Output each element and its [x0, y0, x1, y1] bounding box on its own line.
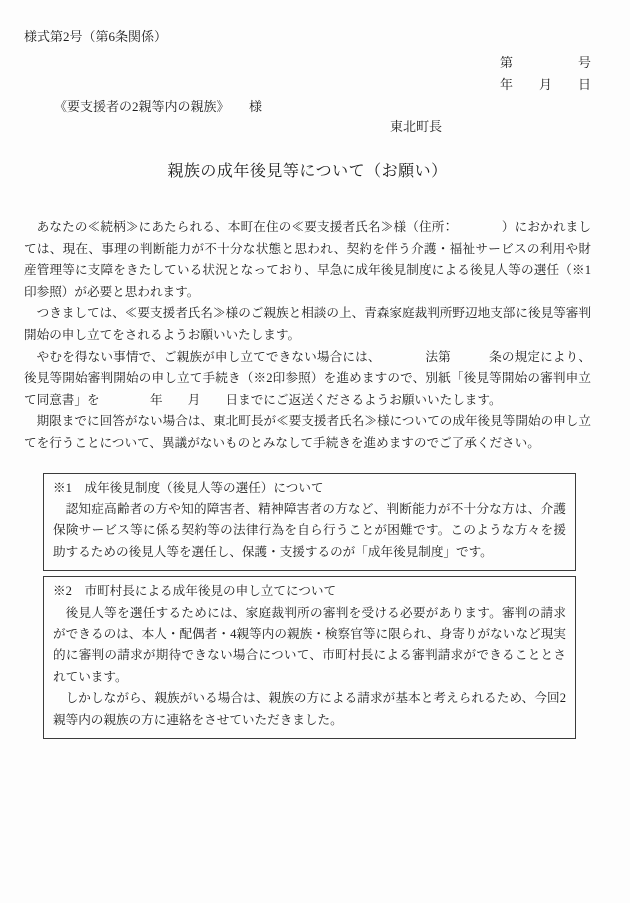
note-2-paragraph: しかしながら、親族がいる場合は、親族の方による請求が基本と考えられるため、今回2…: [53, 688, 566, 731]
sender-name: 東北町長: [390, 118, 591, 135]
note-2-paragraph: 後見人等を選任するためには、家庭裁判所の審判を受ける必要があります。審判の請求が…: [53, 603, 566, 689]
note-box-1: ※1 成年後見制度（後見人等の選任）について 認知症高齢者の方や知的障害者、精神…: [43, 473, 576, 572]
document-page: 様式第2号（第6条関係） 第 号 年 月 日 《要支援者の2親等内の親族》 様 …: [0, 0, 630, 903]
body-paragraph: 期限までに回答がない場合は、東北町長が≪要支援者氏名≫様についての成年後見等開始…: [24, 411, 591, 454]
date-blank-line: 年 月 日: [24, 76, 591, 93]
note-box-2: ※2 市町村長による成年後見の申し立てについて 後見人等を選任するためには、家庭…: [43, 576, 576, 739]
note-1-heading: ※1 成年後見制度（後見人等の選任）について: [53, 478, 566, 499]
body-paragraph: つきましては、≪要支援者氏名≫様のご親族と相談の上、青森家庭裁判所野辺地支部に後…: [24, 303, 591, 346]
document-number-blank-line: 第 号: [24, 54, 591, 71]
body-paragraph: やむを得ない事情で、ご親族が申し立てできない場合には、 法第 条の規定により、後…: [24, 347, 591, 412]
note-1-paragraph: 認知症高齢者の方や知的障害者、精神障害者の方など、判断能力が不十分な方は、介護保…: [53, 499, 566, 563]
recipient-line: 《要支援者の2親等内の親族》 様: [54, 98, 591, 115]
letter-body: あなたの≪続柄≫にあたられる、本町在住の≪要支援者氏名≫様（住所： ）におかれま…: [24, 217, 591, 455]
footnote-boxes: ※1 成年後見制度（後見人等の選任）について 認知症高齢者の方や知的障害者、精神…: [43, 473, 576, 739]
note-2-heading: ※2 市町村長による成年後見の申し立てについて: [53, 581, 566, 602]
document-title: 親族の成年後見等について（お願い）: [24, 160, 591, 184]
body-paragraph: あなたの≪続柄≫にあたられる、本町在住の≪要支援者氏名≫様（住所： ）におかれま…: [24, 217, 591, 303]
form-number-label: 様式第2号（第6条関係）: [24, 28, 591, 45]
